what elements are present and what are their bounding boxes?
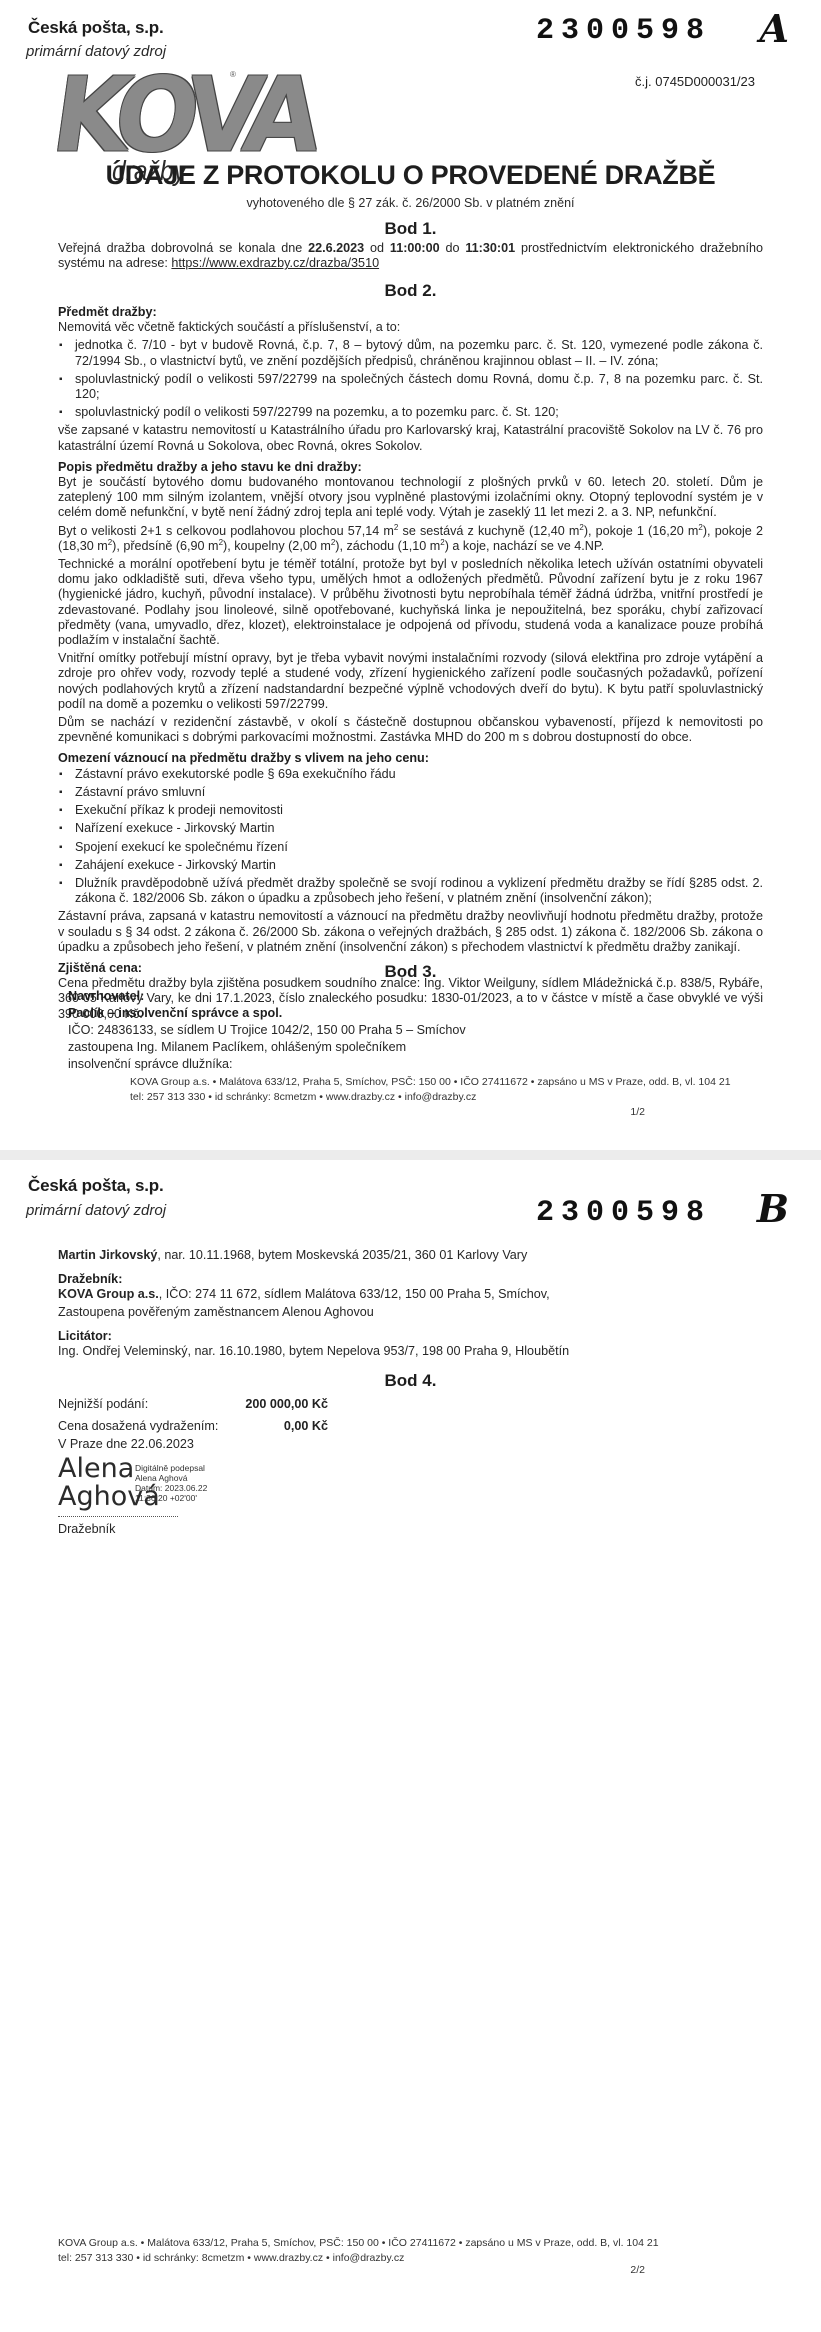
description-paragraph-areas: Byt o velikosti 2+1 s celkovou podlahovo…: [58, 524, 763, 554]
description-paragraph: Technické a morální opotřebení bytu je t…: [58, 557, 763, 648]
lowest-bid-value: 200 000,00 Kč: [178, 1397, 328, 1411]
debtor-name: Martin Jirkovský: [58, 1248, 157, 1262]
encumbrances-list: Zástavní právo exekutorské podle § 69a e…: [58, 767, 763, 907]
subject-list: jednotka č. 7/10 - byt v budově Rovná, č…: [58, 338, 763, 420]
auctioneer-heading: Dražebník:: [58, 1272, 763, 1287]
page-number: 2/2: [630, 2264, 645, 2276]
proposer-block: Navrhovatel: Paclík – insolvenční správc…: [68, 988, 773, 1073]
digital-signature-info: Digitálně podepsal Alena Aghová Datum: 2…: [135, 1463, 207, 1503]
proposer-name: Paclík – insolvenční správce a spol.: [68, 1005, 773, 1022]
auction-url-link[interactable]: https://www.exdrazby.cz/drazba/3510: [171, 256, 379, 270]
description-paragraph: Byt je součástí bytového domu budovaného…: [58, 475, 763, 521]
reference-number: č.j. 0745D000031/23: [635, 74, 755, 89]
document-page-1: Česká pošta, s.p. primární datový zdroj …: [0, 0, 821, 1150]
proposer-line: zastoupena Ing. Milanem Paclíkem, ohláše…: [68, 1039, 773, 1056]
page-mark-b: B: [757, 1186, 789, 1231]
encumbrance-item: Dlužník pravděpodobně užívá předmět draž…: [58, 876, 763, 906]
debtor-auctioneer-block: Martin Jirkovský, nar. 10.11.1968, bytem…: [58, 1248, 763, 1362]
bod-3-heading: Bod 3.: [0, 962, 821, 982]
encumbrance-item: Spojení exekucí ke společnému řízení: [58, 840, 763, 855]
signature-role: Dražebník: [58, 1522, 115, 1536]
encumbrance-item: Zástavní právo exekutorské podle § 69a e…: [58, 767, 763, 782]
signature-first-name: Alena: [58, 1453, 134, 1484]
place-date: V Praze dne 22.06.2023: [58, 1437, 194, 1451]
licitator-text: Ing. Ondřej Veleminský, nar. 16.10.1980,…: [58, 1344, 763, 1359]
lowest-bid-label: Nejnižší podání:: [58, 1397, 148, 1411]
licitator-heading: Licitátor:: [58, 1329, 763, 1344]
bod-4-heading: Bod 4.: [0, 1371, 821, 1391]
auction-date: 22.6.2023: [308, 241, 364, 255]
debtor: Martin Jirkovský, nar. 10.11.1968, bytem…: [58, 1248, 763, 1263]
encumbrance-item: Exekuční příkaz k prodeji nemovitosti: [58, 803, 763, 818]
issuer-name: Česká pošta, s.p.: [28, 1176, 164, 1196]
auctioneer: KOVA Group a.s., IČO: 274 11 672, sídlem…: [58, 1287, 763, 1302]
signature-line: [58, 1516, 178, 1517]
registered-mark-icon: ®: [230, 70, 236, 79]
bod-1-heading: Bod 1.: [0, 219, 821, 239]
auctioneer-representative: Zastoupena pověřeným zaměstnancem Alenou…: [58, 1305, 763, 1320]
bod-2-content: Předmět dražby: Nemovitá věc včetně fakt…: [58, 305, 763, 1025]
description-paragraph: Vnitřní omítky potřebují místní opravy, …: [58, 651, 763, 712]
document-title: ÚDAJE Z PROTOKOLU O PROVEDENÉ DRAŽBĚ: [0, 160, 821, 191]
subject-item: jednotka č. 7/10 - byt v budově Rovná, č…: [58, 338, 763, 368]
bod-2-heading: Bod 2.: [0, 281, 821, 301]
proposer-line: insolvenční správce dlužníka:: [68, 1056, 773, 1073]
encumbrances-note: Zástavní práva, zapsaná v katastru nemov…: [58, 909, 763, 955]
encumbrance-item: Nařízení exekuce - Jirkovský Martin: [58, 821, 763, 836]
subject-item: spoluvlastnický podíl o velikosti 597/22…: [58, 405, 763, 420]
subject-heading: Předmět dražby:: [58, 305, 763, 320]
subject-registry: vše zapsané v katastru nemovitostí u Kat…: [58, 423, 763, 453]
page-footer: KOVA Group a.s. • Malátova 633/12, Praha…: [130, 1075, 731, 1105]
page-mark-a: A: [760, 6, 789, 51]
page-separator: [0, 1150, 821, 1160]
page-footer: KOVA Group a.s. • Malátova 633/12, Praha…: [58, 2236, 659, 2266]
auction-time-from: 11:00:00: [390, 241, 440, 255]
document-number: 2300598: [536, 1196, 711, 1230]
encumbrances-heading: Omezení váznoucí na předmětu dražby s vl…: [58, 751, 763, 766]
encumbrance-item: Zahájení exekuce - Jirkovský Martin: [58, 858, 763, 873]
issuer-subtitle: primární datový zdroj: [26, 1202, 166, 1219]
achieved-price-value: 0,00 Kč: [178, 1419, 328, 1433]
document-page-2: Česká pošta, s.p. primární datový zdroj …: [0, 1160, 821, 2332]
bod-1-text: Veřejná dražba dobrovolná se konala dne …: [58, 241, 763, 274]
document-subtitle: vyhotoveného dle § 27 zák. č. 26/2000 Sb…: [0, 196, 821, 210]
document-number: 2300598: [536, 14, 711, 48]
description-heading: Popis předmětu dražby a jeho stavu ke dn…: [58, 460, 763, 475]
subject-intro: Nemovitá věc včetně faktických součástí …: [58, 320, 763, 335]
auction-time-to: 11:30:01: [465, 241, 515, 255]
proposer-heading: Navrhovatel:: [68, 988, 773, 1005]
auctioneer-name: KOVA Group a.s.: [58, 1287, 159, 1301]
page-number: 1/2: [630, 1106, 645, 1118]
encumbrance-item: Zástavní právo smluvní: [58, 785, 763, 800]
issuer-name: Česká pošta, s.p.: [28, 18, 164, 38]
description-paragraph: Dům se nachází v rezidenční zástavbě, v …: [58, 715, 763, 745]
subject-item: spoluvlastnický podíl o velikosti 597/22…: [58, 372, 763, 402]
proposer-line: IČO: 24836133, se sídlem U Trojice 1042/…: [68, 1022, 773, 1039]
